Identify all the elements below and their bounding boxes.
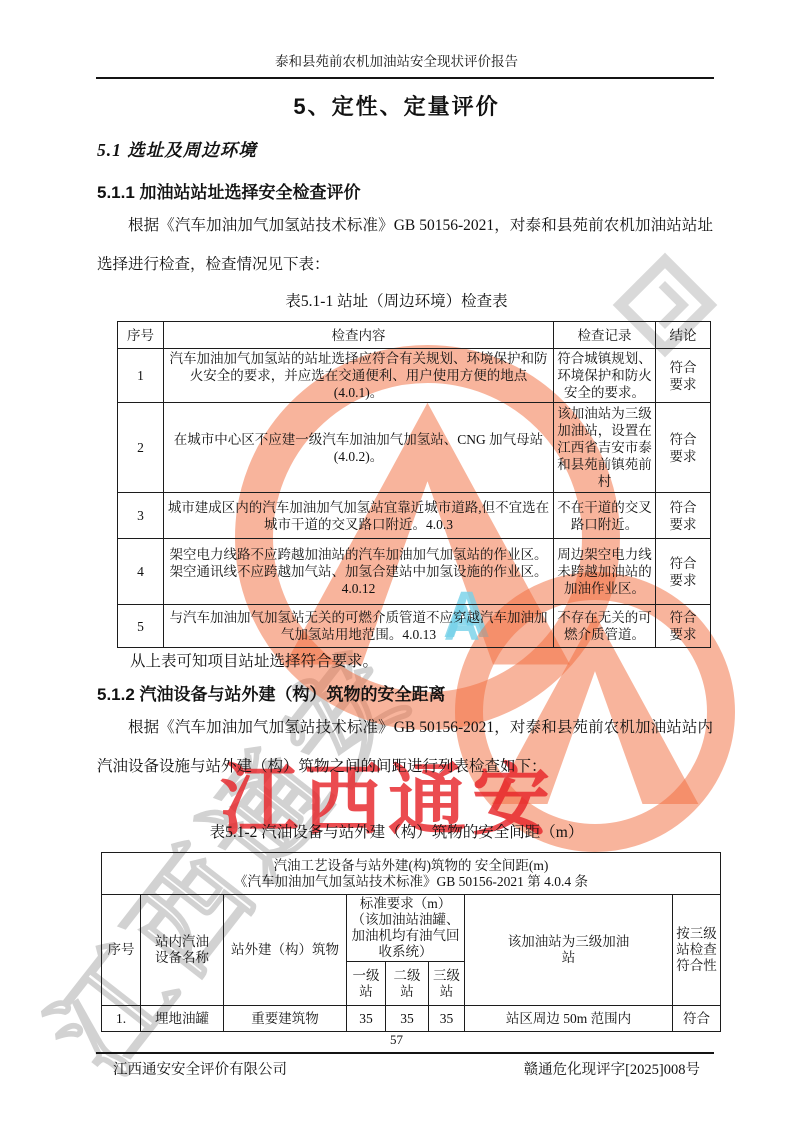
table-header-cell: 结论 <box>656 322 711 349</box>
check-content-cell: 城市建成区内的汽车加油加气加氢站宜靠近城市道路,但不宜选在城市干道的交叉路口附近… <box>164 493 554 539</box>
site-check-table: 序号 检查内容 检查记录 结论 1 汽车加油加气加氢站的站址选择应符合有关规划、… <box>117 321 711 648</box>
table-header-cell: 二级站 <box>386 962 429 1006</box>
check-content-cell: 汽车加油加气加氢站的站址选择应符合有关规划、环境保护和防火安全的要求，并应选在交… <box>164 349 554 403</box>
table-header-cell: 该加油站为三级加油 站 <box>465 895 673 1006</box>
row-number-cell: 2 <box>118 403 164 493</box>
row-number-cell: 5 <box>118 605 164 648</box>
level3-value-cell: 35 <box>429 1006 465 1032</box>
actual-distance-cell: 站区周边 50m 范围内 <box>465 1006 673 1032</box>
paragraph-512: 根据《汽车加油加气加氢站技术标准》GB 50156-2021，对泰和县苑前农机加… <box>97 708 713 786</box>
table2-caption: 表5.1-2 汽油设备与站外建（构）筑物的安全间距（m） <box>0 820 793 842</box>
table-header-cell: 三级站 <box>429 962 465 1006</box>
table1-conclusion-note: 从上表可知项目站址选择符合要求。 <box>130 649 378 671</box>
section-5-1-heading: 5.1 选址及周边环境 <box>97 137 257 162</box>
row-number-cell: 3 <box>118 493 164 539</box>
check-record-cell: 不存在无关的可燃介质管道。 <box>554 605 656 648</box>
section-5-1-1-heading: 5.1.1 加油站站址选择安全检查评价 <box>97 178 361 203</box>
paragraph-511: 根据《汽车加油加气加氢站技术标准》GB 50156-2021，对泰和县苑前农机加… <box>97 206 713 284</box>
table-row: 2 在城市中心区不应建一级汽车加油加气加氢站、CNG 加气母站(4.0.2)。 … <box>118 403 711 493</box>
table-row: 1 汽车加油加气加氢站的站址选择应符合有关规划、环境保护和防火安全的要求，并应选… <box>118 349 711 403</box>
check-record-cell: 该加油站为三级加油站，设置在江西省吉安市泰和县苑前镇苑前村 <box>554 403 656 493</box>
footer-document-number: 赣通危化现评字[2025]008号 <box>524 1058 700 1079</box>
conclusion-cell: 符合 要求 <box>656 539 711 605</box>
table-row: 1. 埋地油罐 重要建筑物 35 35 35 站区周边 50m 范围内 符合 <box>102 1006 721 1032</box>
table-header-cell: 一级站 <box>347 962 386 1006</box>
check-content-cell: 架空电力线路不应跨越加油站的汽车加油加气加氢站的作业区。架空通讯线不应跨越加气站… <box>164 539 554 605</box>
document-page: 江西通安 A A 江西通安 泰和县苑前农机加油站安全现状评价报告 5、定性、定量… <box>0 0 793 1122</box>
table-header-cell: 序号 <box>102 895 141 1006</box>
conclusion-cell: 符合 要求 <box>656 403 711 493</box>
footer-rule <box>96 1052 714 1054</box>
table-header-cell: 检查记录 <box>554 322 656 349</box>
equipment-cell: 埋地油罐 <box>141 1006 224 1032</box>
building-cell: 重要建筑物 <box>224 1006 347 1032</box>
table-header-cell: 序号 <box>118 322 164 349</box>
table1-caption: 表5.1-1 站址（周边环境）检查表 <box>0 289 793 311</box>
check-content-cell: 与汽车加油加气加氢站无关的可燃介质管道不应穿越汽车加油加气加氢站用地范围。4.0… <box>164 605 554 648</box>
conclusion-cell: 符合 要求 <box>656 493 711 539</box>
table-header-cell: 检查内容 <box>164 322 554 349</box>
result-cell: 符合 <box>673 1006 721 1032</box>
check-record-cell: 不在干道的交叉路口附近。 <box>554 493 656 539</box>
footer-company-name: 江西通安安全评价有限公司 <box>113 1058 287 1079</box>
section-5-1-2-heading: 5.1.2 汽油设备与站外建（构）筑物的安全距离 <box>97 680 446 705</box>
page-header-title: 泰和县苑前农机加油站安全现状评价报告 <box>0 50 793 70</box>
row-number-cell: 1. <box>102 1006 141 1032</box>
row-number-cell: 4 <box>118 539 164 605</box>
level2-value-cell: 35 <box>386 1006 429 1032</box>
table-header-cell: 标准要求（m） （该加油站油罐、加油机均有油气回收系统） <box>347 895 465 962</box>
check-content-cell: 在城市中心区不应建一级汽车加油加气加氢站、CNG 加气母站(4.0.2)。 <box>164 403 554 493</box>
check-record-cell: 符合城镇规划、环境保护和防火安全的要求。 <box>554 349 656 403</box>
table-row: 5 与汽车加油加气加氢站无关的可燃介质管道不应穿越汽车加油加气加氢站用地范围。4… <box>118 605 711 648</box>
check-record-cell: 周边架空电力线未跨越加油站的加油作业区。 <box>554 539 656 605</box>
chapter-title: 5、定性、定量评价 <box>0 90 793 121</box>
level1-value-cell: 35 <box>347 1006 386 1032</box>
safety-distance-table: 汽油工艺设备与站外建(构)筑物的 安全间距(m) 《汽车加油加气加氢站技术标准》… <box>101 852 721 1032</box>
table-row: 3 城市建成区内的汽车加油加气加氢站宜靠近城市道路,但不宜选在城市干道的交叉路口… <box>118 493 711 539</box>
conclusion-cell: 符合 要求 <box>656 349 711 403</box>
table2-merged-title: 汽油工艺设备与站外建(构)筑物的 安全间距(m) 《汽车加油加气加氢站技术标准》… <box>102 853 721 895</box>
header-rule <box>96 77 714 79</box>
table-header-cell: 按三级站检查符合性 <box>673 895 721 1006</box>
table-header-cell: 站内汽油 设备名称 <box>141 895 224 1006</box>
conclusion-cell: 符合 要求 <box>656 605 711 648</box>
page-number: 57 <box>0 1032 793 1048</box>
table-row: 4 架空电力线路不应跨越加油站的汽车加油加气加氢站的作业区。架空通讯线不应跨越加… <box>118 539 711 605</box>
row-number-cell: 1 <box>118 349 164 403</box>
table-header-cell: 站外建（构）筑物 <box>224 895 347 1006</box>
